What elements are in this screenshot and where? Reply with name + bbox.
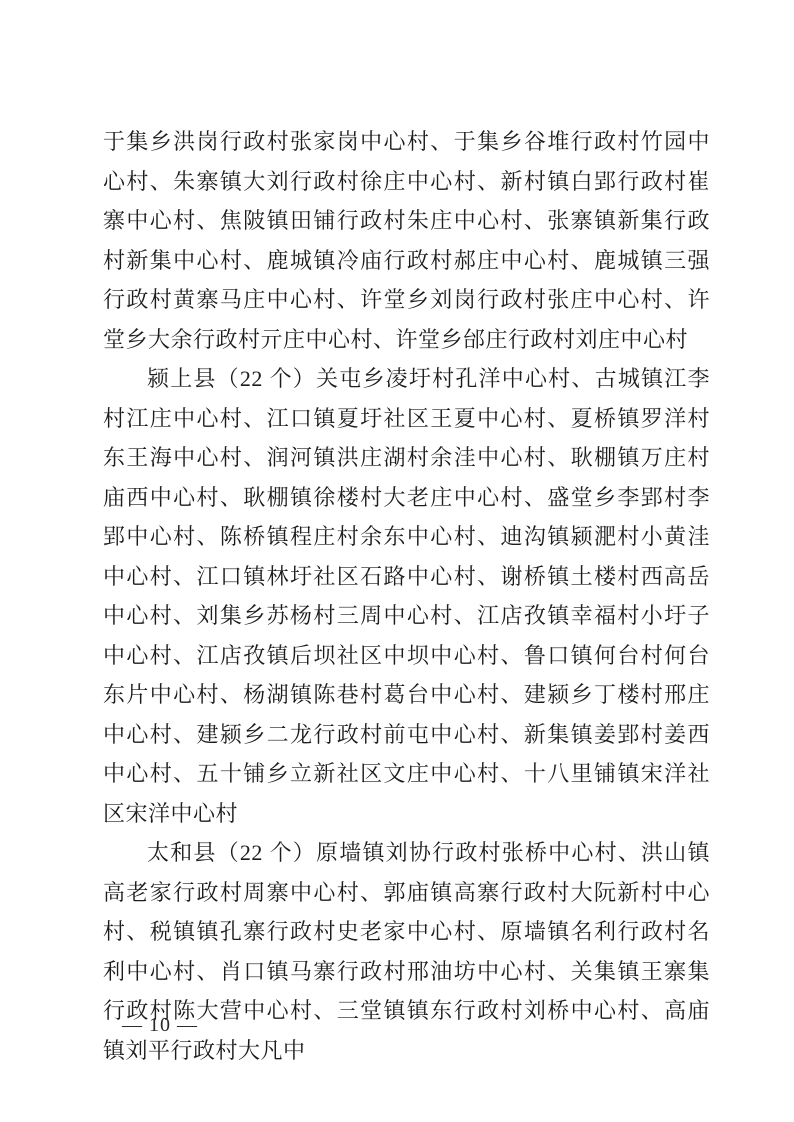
paragraph-continuation-list: 于集乡洪岗行政村张家岗中心村、于集乡谷堆行政村竹园中心村、朱寨镇大刘行政村徐庄中… bbox=[103, 122, 710, 359]
page-number: — 10 — bbox=[122, 1012, 198, 1038]
document-page: 于集乡洪岗行政村张家岗中心村、于集乡谷堆行政村竹园中心村、朱寨镇大刘行政村徐庄中… bbox=[0, 0, 794, 1122]
paragraph-yingshang-county: 颍上县（22 个）关屯乡凌圩村孔洋中心村、古城镇江李村江庄中心村、江口镇夏圩社区… bbox=[103, 359, 710, 833]
document-body: 于集乡洪岗行政村张家岗中心村、于集乡谷堆行政村竹园中心村、朱寨镇大刘行政村徐庄中… bbox=[103, 122, 710, 1070]
